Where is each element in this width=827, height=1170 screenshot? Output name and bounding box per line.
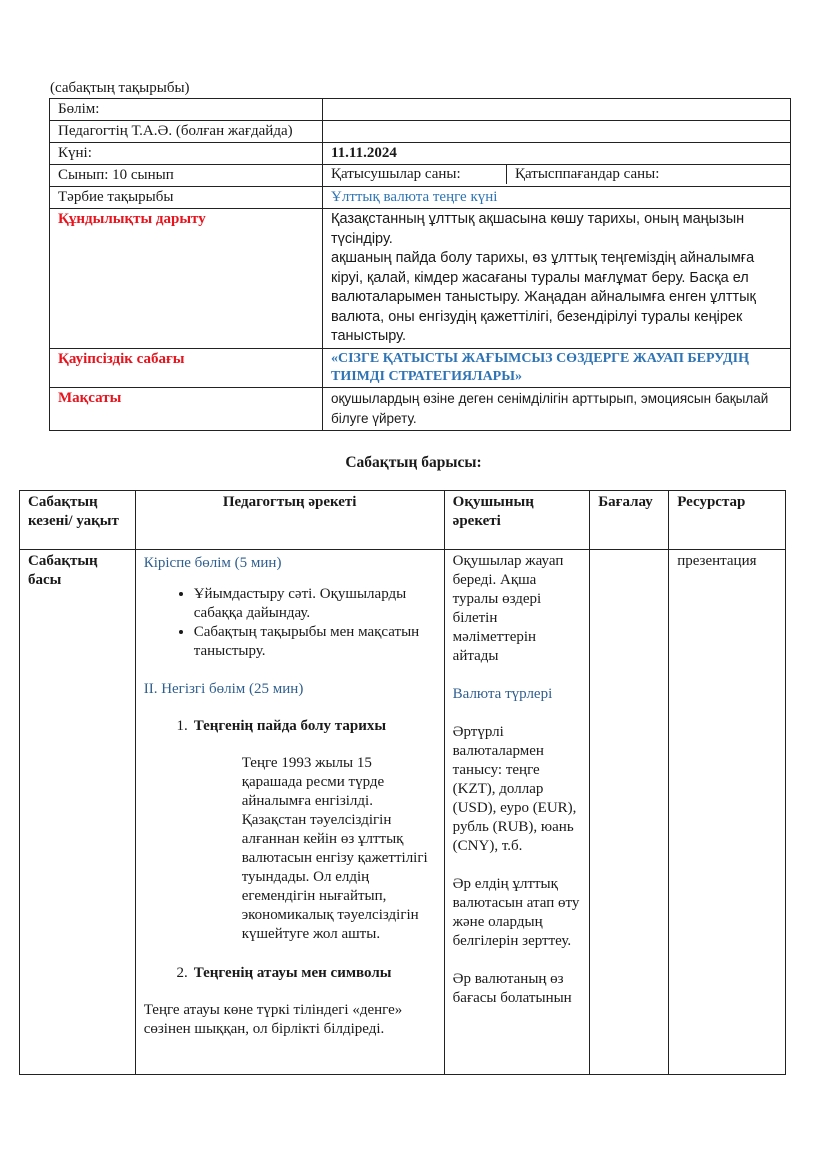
absent-count-label: Қатысппағандар саны:	[507, 165, 659, 184]
teacher-action-cell: Кіріспе бөлім (5 мин) Ұйымдастыру сәті. …	[135, 550, 444, 1075]
header-student-action: Оқушының әрекеті	[444, 491, 590, 550]
section-value	[323, 99, 791, 121]
present-count-label: Қатысушылар саны:	[323, 165, 507, 184]
item2-text: Теңге атауы көне түркі тіліндегі «денге»…	[144, 1001, 436, 1039]
lesson-info-table: Бөлім: Педагогтің Т.А.Ә. (болған жағдайд…	[49, 98, 791, 431]
values-text-line2: ақшаның пайда болу тарихы, өз ұлттық тең…	[331, 249, 782, 347]
flow-row-start: Сабақтың басы Кіріспе бөлім (5 мин) Ұйым…	[20, 550, 786, 1075]
info-row-date: Күні: 11.11.2024	[50, 143, 791, 165]
student-text-1: Оқушылар жауап береді. Ақша туралы өздер…	[453, 552, 582, 666]
lesson-flow-table: Сабақтың кезені/ уақыт Педагогтың әрекет…	[19, 490, 786, 1075]
item2-heading: 2. Теңгенің атауы мен символы	[144, 964, 436, 983]
header-stage: Сабақтың кезені/ уақыт	[20, 491, 136, 550]
values-value: Қазақстанның ұлттық ақшасына көшу тарихы…	[323, 209, 791, 349]
date-label: Күні:	[50, 143, 323, 165]
header-teacher-action: Педагогтың әрекеті	[135, 491, 444, 550]
flow-header-row: Сабақтың кезені/ уақыт Педагогтың әрекет…	[20, 491, 786, 550]
safety-lesson-value: «СІЗГЕ ҚАТЫСТЫ ЖАҒЫМСЫЗ СӨЗДЕРГЕ ЖАУАП Б…	[323, 348, 791, 387]
education-topic-value: Ұлттық валюта теңге күні	[323, 187, 791, 209]
intro-bullet: Ұйымдастыру сәті. Оқушыларды сабаққа дай…	[194, 585, 436, 623]
info-row-section: Бөлім:	[50, 99, 791, 121]
teacher-name-label: Педагогтің Т.А.Ә. (болған жағдайда)	[50, 121, 323, 143]
info-row-goal: Мақсаты оқушылардың өзіне деген сенімділ…	[50, 387, 791, 430]
safety-lesson-label: Қауіпсіздік сабағы	[50, 348, 323, 387]
class-label: Сынып: 10 сынып	[50, 165, 323, 187]
header-assessment: Бағалау	[590, 491, 669, 550]
info-row-class: Сынып: 10 сынып Қатысушылар саны: Қатысп…	[50, 165, 791, 187]
goal-label: Мақсаты	[50, 387, 323, 430]
item1-title: Теңгенің пайда болу тарихы	[194, 717, 386, 736]
goal-value: оқушылардың өзіне деген сенімділігін арт…	[323, 387, 791, 430]
lesson-flow-title: Сабақтың барысы:	[0, 454, 827, 472]
info-row-teacher: Педагогтің Т.А.Ә. (болған жағдайда)	[50, 121, 791, 143]
values-label: Құндылықты дарыту	[50, 209, 323, 349]
date-value: 11.11.2024	[323, 143, 791, 165]
item1-text: Теңге 1993 жылы 15 қарашада ресми түрде …	[242, 754, 432, 944]
student-action-cell: Оқушылар жауап береді. Ақша туралы өздер…	[444, 550, 590, 1075]
student-text-4: Әр валютаның өз бағасы болатынын	[453, 970, 582, 1008]
info-row-topic: Тәрбие тақырыбы Ұлттық валюта теңге күні	[50, 187, 791, 209]
education-topic-label: Тәрбие тақырыбы	[50, 187, 323, 209]
student-text-2: Әртүрлі валюталармен танысу: теңге (KZT)…	[453, 723, 582, 856]
item1-number: 1.	[144, 717, 194, 736]
item2-title: Теңгенің атауы мен символы	[194, 964, 392, 983]
section-label: Бөлім:	[50, 99, 323, 121]
info-row-values: Құндылықты дарыту Қазақстанның ұлттық ақ…	[50, 209, 791, 349]
stage-cell: Сабақтың басы	[20, 550, 136, 1075]
intro-bullet: Сабақтың тақырыбы мен мақсатын таныстыру…	[194, 623, 436, 661]
item2-number: 2.	[144, 964, 194, 983]
lesson-topic-caption: (сабақтың тақырыбы)	[50, 79, 190, 97]
header-resources: Ресурстар	[669, 491, 786, 550]
intro-bullet-list: Ұйымдастыру сәті. Оқушыларды сабаққа дай…	[144, 585, 436, 661]
resources-cell: презентация	[669, 550, 786, 1075]
values-text-line1: Қазақстанның ұлттық ақшасына көшу тарихы…	[331, 210, 782, 249]
info-row-safety: Қауіпсіздік сабағы «СІЗГЕ ҚАТЫСТЫ ЖАҒЫМС…	[50, 348, 791, 387]
item1-heading: 1. Теңгенің пайда болу тарихы	[144, 717, 436, 736]
attendance-cell: Қатысушылар саны: Қатысппағандар саны:	[323, 165, 791, 187]
student-text-3: Әр елдің ұлттық валютасын атап өту және …	[453, 875, 582, 951]
currency-types-heading: Валюта түрлері	[453, 685, 582, 704]
teacher-name-value	[323, 121, 791, 143]
intro-heading: Кіріспе бөлім (5 мин)	[144, 554, 436, 573]
main-heading: ІІ. Негізгі бөлім (25 мин)	[144, 680, 436, 699]
assessment-cell	[590, 550, 669, 1075]
